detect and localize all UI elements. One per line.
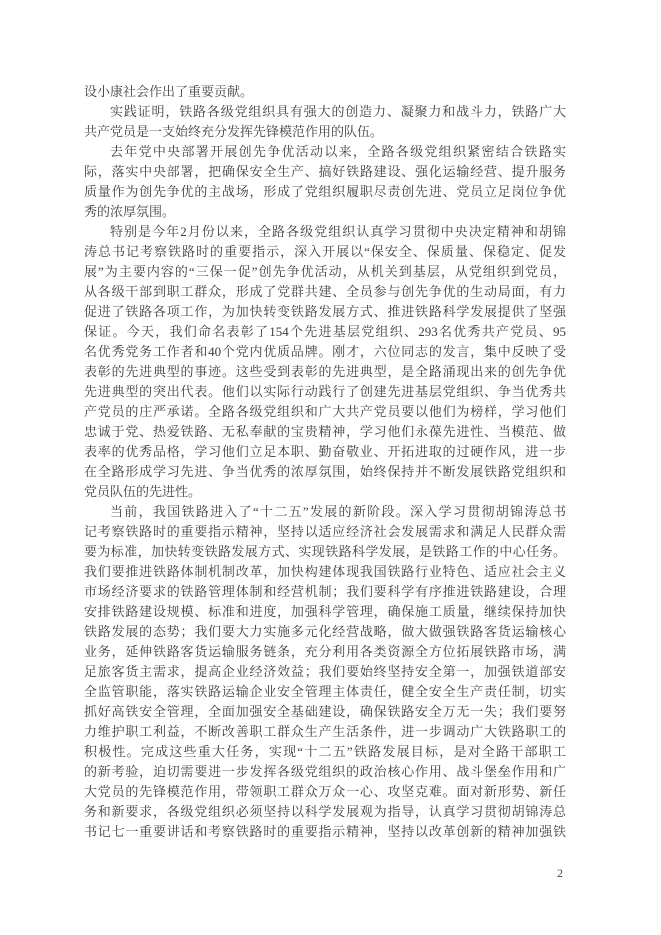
text-line: 足旅客货主需求，提高企业经济效益；我们要始终坚持安全第一，加强铁道部安	[84, 662, 566, 682]
text-line: 积极性。完成这些重大任务，实现“十二五”铁路发展目标，是对全路干部职工	[84, 742, 566, 762]
page-number: 2	[548, 865, 572, 881]
text-line: 当前，我国铁路进入了“十二五”发展的新阶段。深入学习贯彻胡锦涛总书	[84, 502, 566, 522]
text-line: 实践证明，铁路各级党组织具有强大的创造力、凝聚力和战斗力，铁路广大	[84, 102, 566, 122]
text-line: 去年党中央部署开展创先争优活动以来，全路各级党组织紧密结合铁路实	[84, 142, 566, 162]
text-line: 先进典型的突出代表。他们以实际行动践行了创建先进基层党组织、争当优秀共	[84, 382, 566, 402]
text-line: 的新考验，迫切需要进一步发挥各级党组织的政治核心作用、战斗堡垒作用和广	[84, 762, 566, 782]
text-line: 名优秀党务工作者和40个党内优质品牌。刚才，六位同志的发言，集中反映了受	[84, 342, 566, 362]
text-line: 际，落实中央部署，把确保安全生产、搞好铁路建设、强化运输经营、提升服务	[84, 162, 566, 182]
text-line: 务和新要求，各级党组织必须坚持以科学发展观为指导，认真学习贯彻胡锦涛总	[84, 802, 566, 822]
text-line: 全监管职能，落实铁路运输企业安全管理主体责任，健全安全生产责任制，切实	[84, 682, 566, 702]
text-line: 共产党员是一支始终充分发挥先锋模范作用的队伍。	[84, 122, 566, 142]
document-body: 设小康社会作出了重要贡献。实践证明，铁路各级党组织具有强大的创造力、凝聚力和战斗…	[84, 82, 566, 842]
text-line: 忠诚于党、热爱铁路、无私奉献的宝贵精神，学习他们永葆先进性、当模范、做	[84, 422, 566, 442]
text-line: 设小康社会作出了重要贡献。	[84, 82, 566, 102]
text-line: 展”为主要内容的“三保一促”创先争优活动，从机关到基层，从党组织到党员，	[84, 262, 566, 282]
text-line: 我们要推进铁路体制机制改革，加快构建体现我国铁路行业特色、适应社会主义	[84, 562, 566, 582]
text-line: 业务，延伸铁路客货运输服务链条，充分利用各类资源全方位拓展铁路市场，满	[84, 642, 566, 662]
text-line: 书记七一重要讲话和考察铁路时的重要指示精神，坚持以改革创新的精神加强铁	[84, 822, 566, 842]
text-line: 大党员的先锋模范作用，带领职工群众万众一心、攻坚克难。面对新形势、新任	[84, 782, 566, 802]
text-line: 秀的浓厚氛围。	[84, 202, 566, 222]
text-line: 促进了铁路各项工作，为加快转变铁路发展方式、推进铁路科学发展提供了坚强	[84, 302, 566, 322]
text-line: 抓好高铁安全管理，全面加强安全基础建设，确保铁路安全万无一失；我们要努	[84, 702, 566, 722]
text-line: 安排铁路建设规模、标准和进度，加强科学管理，确保施工质量，继续保持加快	[84, 602, 566, 622]
text-line: 记考察铁路时的重要指示精神，坚持以适应经济社会发展需求和满足人民群众需	[84, 522, 566, 542]
text-line: 铁路发展的态势；我们要大力实施多元化经营战略，做大做强铁路客货运输核心	[84, 622, 566, 642]
text-line: 保证。今天，我们命名表彰了154个先进基层党组织、293名优秀共产党员、95	[84, 322, 566, 342]
text-line: 要为标准，加快转变铁路发展方式、实现铁路科学发展，是铁路工作的中心任务。	[84, 542, 566, 562]
text-line: 表彰的先进典型的事迹。这些受到表彰的先进典型，是全路涌现出来的创先争优	[84, 362, 566, 382]
document-page: 设小康社会作出了重要贡献。实践证明，铁路各级党组织具有强大的创造力、凝聚力和战斗…	[0, 0, 661, 935]
text-line: 力维护职工利益，不断改善职工群众生产生活条件，进一步调动广大铁路职工的	[84, 722, 566, 742]
text-line: 质量作为创先争优的主战场，形成了党组织履职尽责创先进、党员立足岗位争优	[84, 182, 566, 202]
text-line: 表率的优秀品格，学习他们立足本职、勤奋敬业、开拓进取的过硬作风，进一步	[84, 442, 566, 462]
text-line: 产党员的庄严承诺。全路各级党组织和广大共产党员要以他们为榜样，学习他们	[84, 402, 566, 422]
text-line: 在全路形成学习先进、争当优秀的浓厚氛围，始终保持并不断发展铁路党组织和	[84, 462, 566, 482]
text-line: 涛总书记考察铁路时的重要指示，深入开展以“保安全、保质量、保稳定、促发	[84, 242, 566, 262]
text-line: 党员队伍的先进性。	[84, 482, 566, 502]
text-line: 特别是今年2月份以来，全路各级党组织认真学习贯彻中央决定精神和胡锦	[84, 222, 566, 242]
text-line: 从各级干部到职工群众，形成了党群共建、全员参与创先争优的生动局面，有力	[84, 282, 566, 302]
text-line: 市场经济要求的铁路管理体制和经营机制；我们要科学有序推进铁路建设，合理	[84, 582, 566, 602]
